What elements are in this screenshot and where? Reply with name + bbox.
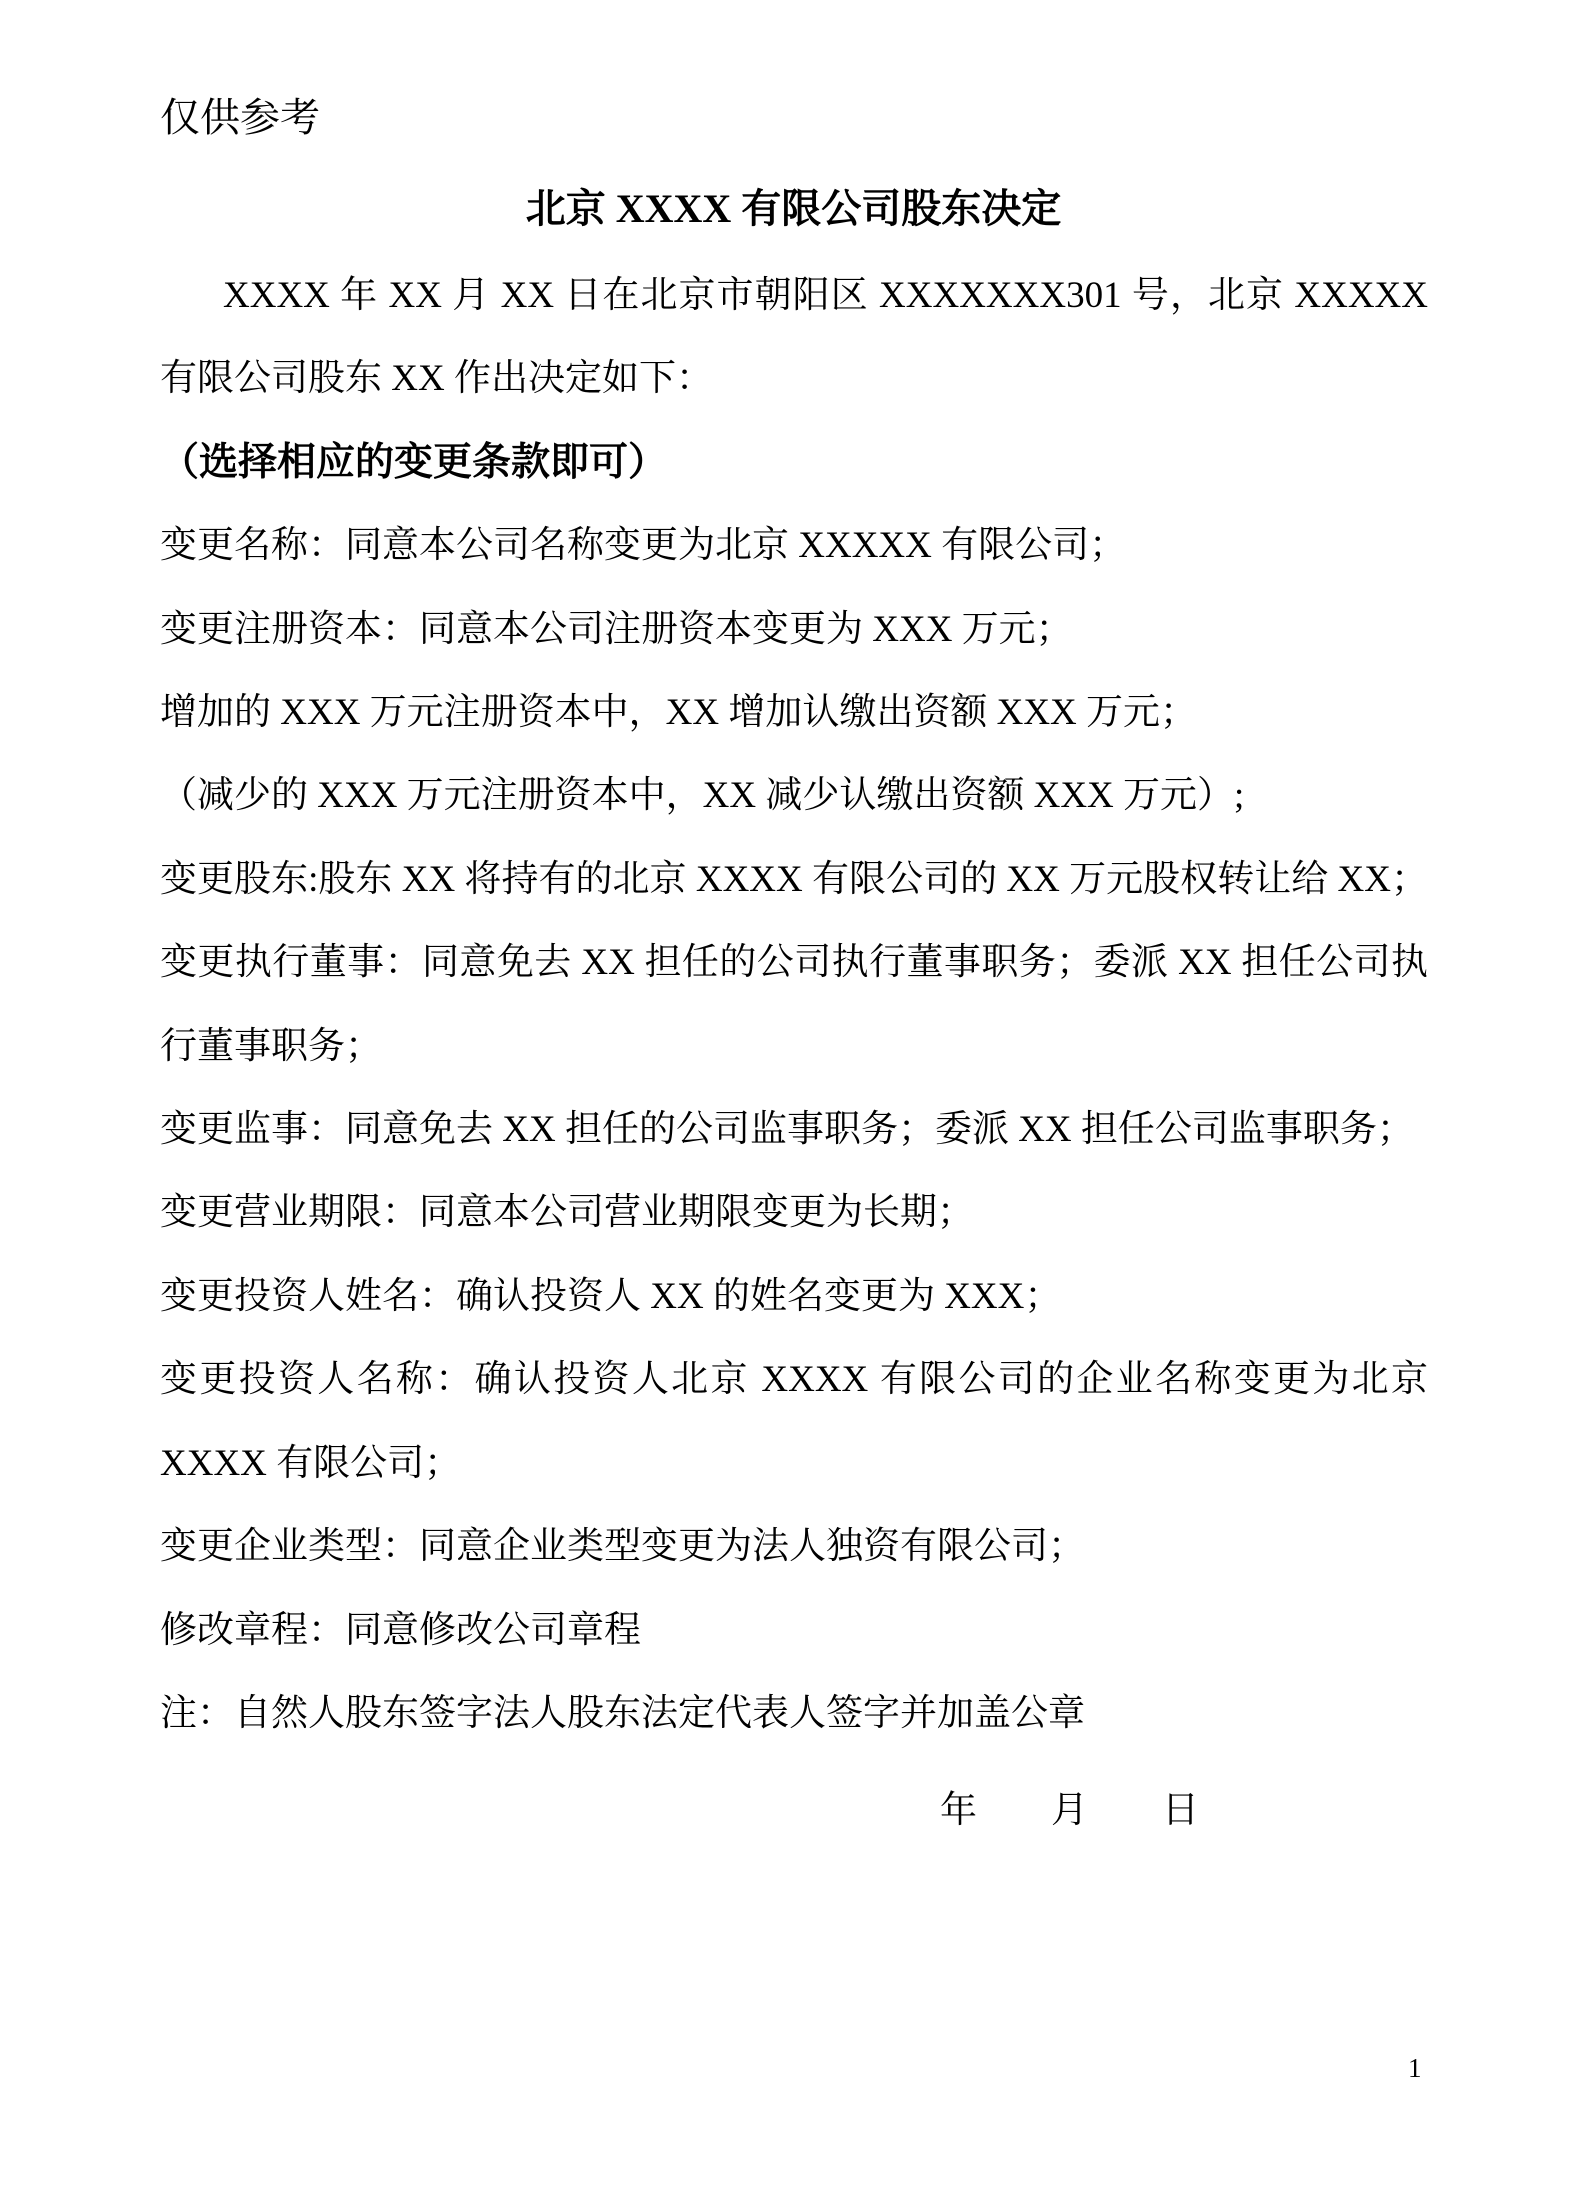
clause-capital-increase: 增加的 XXX 万元注册资本中，XX 增加认缴出资额 XXX 万元； — [160, 671, 1428, 754]
clause-change-executive-director-line-2: 行董事职务； — [160, 1005, 1428, 1088]
clause-change-business-term: 变更营业期限：同意本公司营业期限变更为长期； — [160, 1171, 1428, 1254]
clause-change-executive-director-line-1: 变更执行董事：同意免去 XX 担任的公司执行董事职务；委派 XX 担任公司执 — [160, 921, 1428, 1004]
clause-change-investor-personal-name: 变更投资人姓名：确认投资人 XX 的姓名变更为 XXX； — [160, 1255, 1428, 1338]
section-heading: （选择相应的变更条款即可） — [160, 421, 1428, 504]
clause-change-supervisor: 变更监事：同意免去 XX 担任的公司监事职务；委派 XX 担任公司监事职务； — [160, 1088, 1428, 1171]
document-body: XXXX 年 XX 月 XX 日在北京市朝阳区 XXXXXXX301 号，北京 … — [160, 254, 1428, 1755]
reference-only-note: 仅供参考 — [160, 96, 320, 140]
intro-paragraph-line-2: 有限公司股东 XX 作出决定如下： — [160, 337, 1428, 420]
page-number: 1 — [1408, 2054, 1422, 2084]
date-signature-line: 年 月 日 — [940, 1790, 1199, 1832]
clause-amend-articles: 修改章程：同意修改公司章程 — [160, 1589, 1428, 1672]
clause-change-investor-company-name-line-1: 变更投资人名称：确认投资人北京 XXXX 有限公司的企业名称变更为北京 — [160, 1338, 1428, 1421]
clause-change-investor-company-name-line-2: XXXX 有限公司； — [160, 1422, 1428, 1505]
signature-note: 注：自然人股东签字法人股东法定代表人签字并加盖公章 — [160, 1672, 1428, 1755]
clause-change-registered-capital: 变更注册资本：同意本公司注册资本变更为 XXX 万元； — [160, 588, 1428, 671]
document-page: 仅供参考 北京 XXXX 有限公司股东决定 XXXX 年 XX 月 XX 日在北… — [0, 0, 1587, 2192]
clause-change-name: 变更名称：同意本公司名称变更为北京 XXXXX 有限公司； — [160, 504, 1428, 587]
document-title: 北京 XXXX 有限公司股东决定 — [0, 186, 1587, 232]
clause-change-enterprise-type: 变更企业类型：同意企业类型变更为法人独资有限公司； — [160, 1505, 1428, 1588]
intro-paragraph-line-1: XXXX 年 XX 月 XX 日在北京市朝阳区 XXXXXXX301 号，北京 … — [160, 254, 1428, 337]
clause-change-shareholder: 变更股东:股东 XX 将持有的北京 XXXX 有限公司的 XX 万元股权转让给 … — [160, 838, 1428, 921]
clause-capital-decrease: （减少的 XXX 万元注册资本中，XX 减少认缴出资额 XXX 万元）; — [160, 754, 1428, 837]
